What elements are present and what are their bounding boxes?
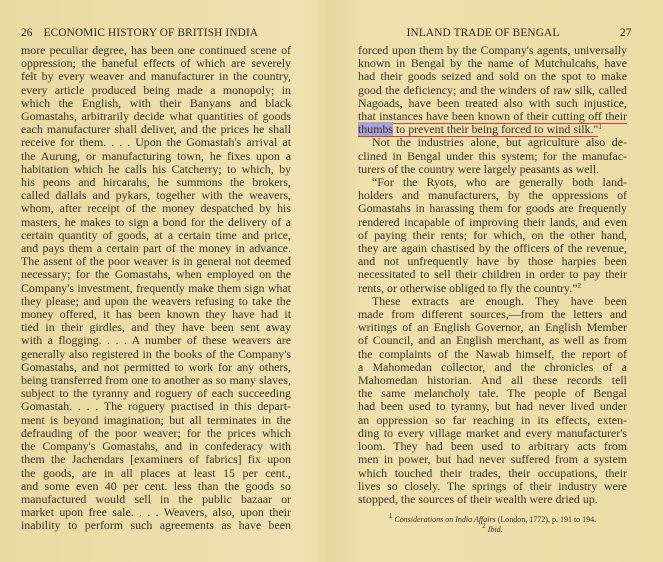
left-running-head: 26 ECONOMIC HISTORY OF BRITISH INDIA bbox=[21, 27, 311, 39]
left-body-text[interactable]: more peculiar degree, has been one conti… bbox=[21, 44, 291, 533]
running-head-title: INLAND TRADE OF BENGAL bbox=[358, 27, 608, 39]
text-line: receive for them. . . . Upon the Gomasta… bbox=[21, 136, 291, 149]
text-line: the goods, are in all places at least 15… bbox=[21, 467, 291, 480]
text-line: felt by every weaver and manufacturer in… bbox=[21, 70, 291, 83]
page-number: 26 bbox=[21, 27, 33, 39]
text-line: lives so closely. The springs of their i… bbox=[358, 480, 627, 493]
text-line: ment is beyond imagination; but all term… bbox=[21, 414, 291, 427]
text-line: the Aurung, or manufacturing town, he fi… bbox=[21, 150, 291, 163]
left-page: 26 ECONOMIC HISTORY OF BRITISH INDIA mor… bbox=[0, 0, 331, 562]
text-line: an oppression so far reaching in its eff… bbox=[358, 414, 627, 427]
text-line: with a flogging. . . . A number of these… bbox=[21, 334, 291, 347]
text-line: Gomastah. . . . The roguery practised in… bbox=[21, 400, 291, 413]
text-line: had their goods seized and sold on the s… bbox=[358, 70, 627, 83]
page-number: 27 bbox=[620, 27, 632, 39]
text-line: every article produced being made a mono… bbox=[21, 84, 291, 97]
text-line: inability to perform such agreements as … bbox=[21, 519, 291, 532]
text-line: Gomastahs in harassing them for goods ar… bbox=[358, 202, 627, 215]
text-line: Company's investment, frequently make th… bbox=[21, 282, 291, 295]
footnote-2: 2 Ibid. bbox=[358, 525, 627, 535]
right-page: INLAND TRADE OF BENGAL 27 forced upon th… bbox=[331, 0, 663, 562]
running-head-title: ECONOMIC HISTORY OF BRITISH INDIA bbox=[44, 27, 259, 39]
text-line: masters, he makes to sign a bond for the… bbox=[21, 216, 291, 229]
text-line: generally also registered in the books o… bbox=[21, 348, 291, 361]
text-line: clined in Bengal under this system; for … bbox=[358, 150, 627, 163]
footnote-title: Considerations on India Affairs bbox=[394, 515, 495, 524]
text-line: of Council, and an English merchant, as … bbox=[358, 334, 627, 347]
text-line: rendered incapable of improving their la… bbox=[358, 216, 627, 229]
text-line: the complaints of the Nawab himself, the… bbox=[358, 348, 627, 361]
text-line: Not the industries alone, but agricultur… bbox=[358, 136, 627, 149]
text-line: them the Jachendars [examiners of fabric… bbox=[21, 453, 291, 466]
text-line: and some even 40 per cent. less than the… bbox=[21, 480, 291, 493]
footnote-ref[interactable]: 2 bbox=[577, 282, 581, 290]
text-line: had been used to tyranny, but had never … bbox=[358, 400, 627, 413]
text-line: stopped, the sources of their wealth wer… bbox=[358, 493, 627, 506]
right-body-text[interactable]: forced upon them by the Company's agents… bbox=[358, 44, 627, 506]
book-spread: 26 ECONOMIC HISTORY OF BRITISH INDIA mor… bbox=[0, 0, 663, 562]
text-line: men in power, but had never suffered fro… bbox=[358, 453, 627, 466]
text-line: good the deficiency; and the winders of … bbox=[358, 84, 627, 97]
text-line: necessary; for the Gomastahs, when emplo… bbox=[21, 268, 291, 281]
text-line: which touched their trades, their occupa… bbox=[358, 467, 627, 480]
text-line: rents, or otherwise obliged to fly the c… bbox=[358, 282, 627, 295]
footnote-ref[interactable]: 1 bbox=[598, 123, 602, 131]
text-line: whom, after receipt of the money despatc… bbox=[21, 202, 291, 215]
highlighted-selection[interactable]: thumbs bbox=[358, 122, 393, 136]
footnotes: 1 Considerations on India Affairs (Londo… bbox=[358, 515, 627, 534]
footnote-1: 1 Considerations on India Affairs (Londo… bbox=[358, 515, 627, 525]
